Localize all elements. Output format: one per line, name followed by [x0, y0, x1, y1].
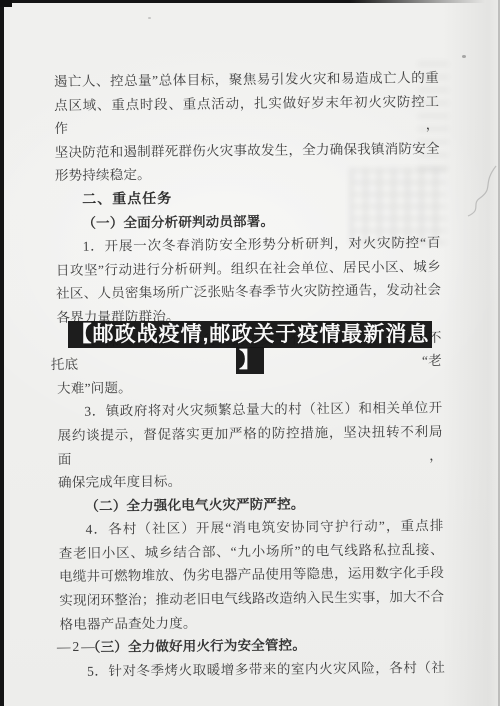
- body-text-line: 遏亡人、控总量”总体目标，聚焦易引发火灾和易造成亡人的重: [54, 66, 439, 94]
- body-text-line: 点区域、重点时段、重点活动，扎实做好岁末年初火灾防控工作，: [54, 90, 439, 141]
- body-text-line: 坚决防范和遏制群死群伤火灾事故发生，全力确保我镇消防安全: [55, 137, 440, 165]
- scan-speck: [148, 17, 151, 19]
- body-text-line: 展约谈提示，督促落实更加严格的防控措施，坚决扭转不利局面，: [58, 420, 443, 471]
- scan-edge-corner: [0, 0, 12, 7]
- overlay-caption-line2: 】: [236, 347, 264, 374]
- document-body: 遏亡人、控总量”总体目标，聚焦易引发火灾和易造成亡人的重点区域、重点时段、重点活…: [54, 66, 445, 683]
- scan-speck: [462, 55, 466, 58]
- body-text-line: 社区、人员密集场所广泛张贴冬春季节火灾防控通告，发动社会: [56, 278, 441, 306]
- scan-edge-top: [0, 0, 500, 3]
- overlay-caption-line1: 【邮政战疫情,邮政关于疫情最新消息: [68, 321, 433, 348]
- page-number: —2—: [57, 639, 97, 655]
- paper-wrinkle-artifact: [450, 160, 500, 220]
- body-text-line: 实现闭环整治；推动老旧电气线路改造纳入民生实事，加大不合: [59, 585, 444, 613]
- body-text-line: 5．针对冬季烤火取暖增多带来的室内火灾风险，各村（社: [60, 656, 445, 684]
- overlay-caption-banner: 【邮政战疫情,邮政关于疫情最新消息 】: [0, 322, 500, 374]
